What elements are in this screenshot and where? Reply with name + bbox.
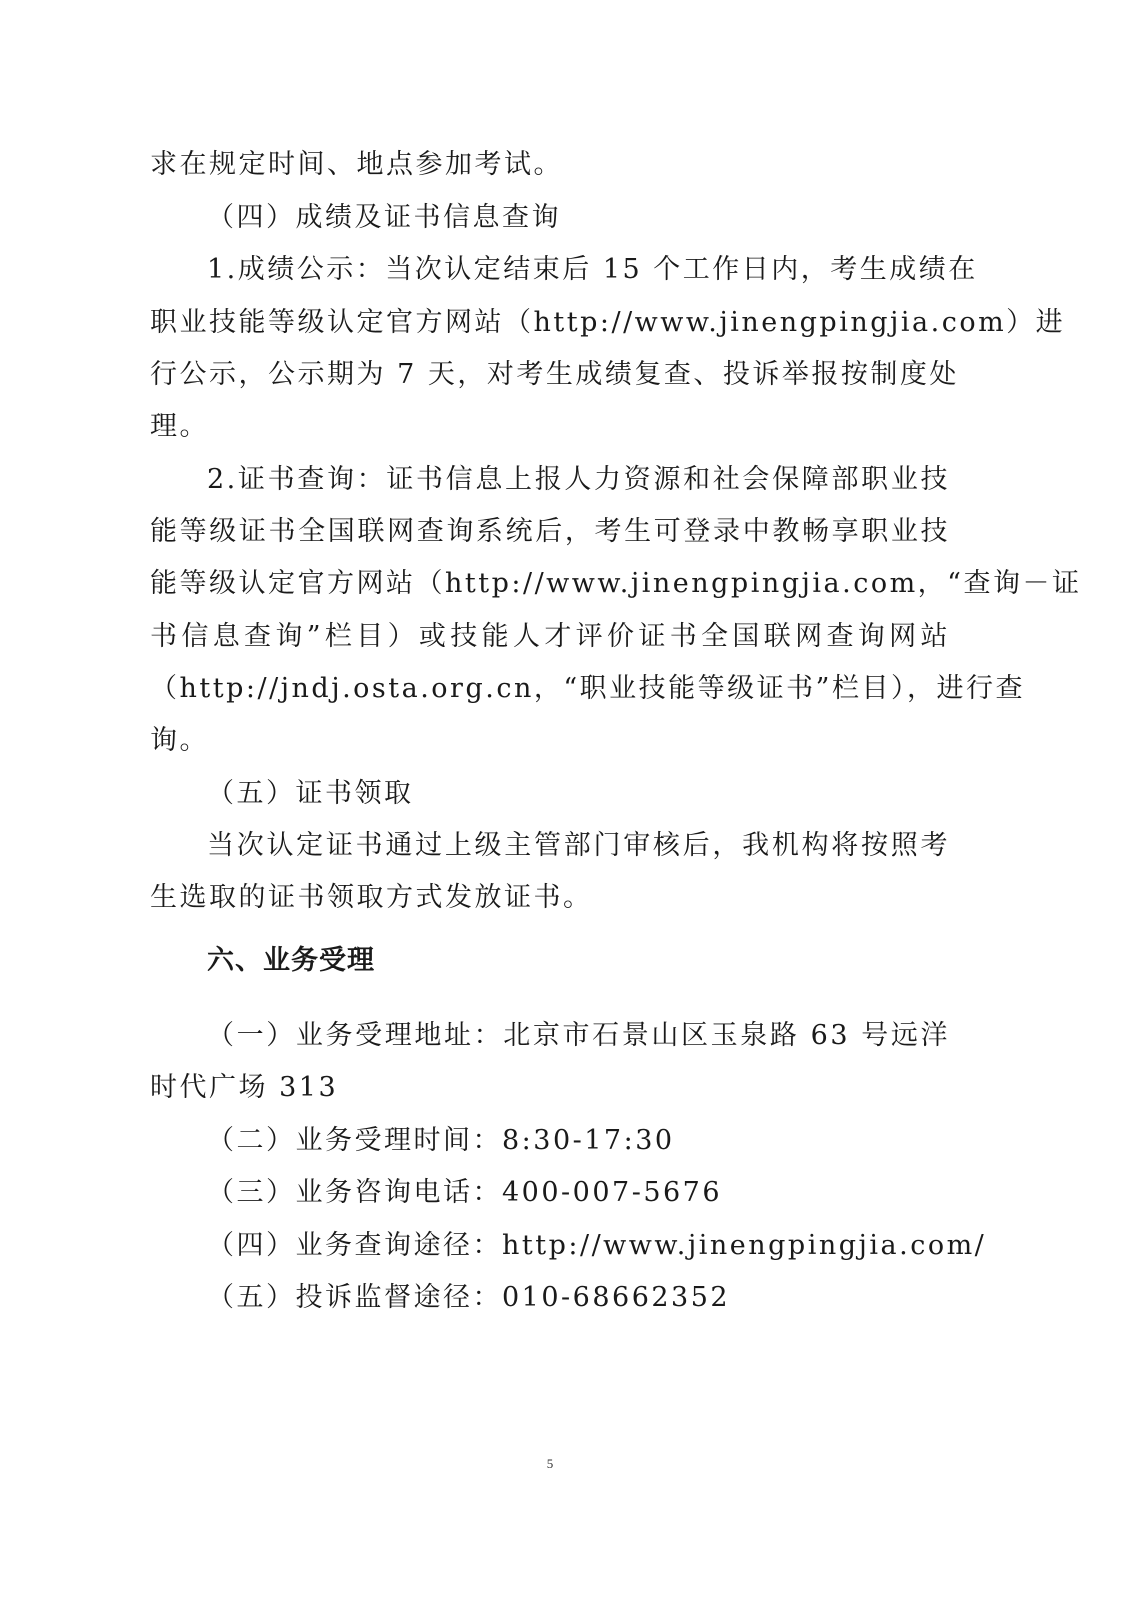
- consultation-phone-line: （三）业务咨询电话：400-007-5676: [207, 1175, 1007, 1211]
- business-hours-line: （二）业务受理时间：8:30-17:30: [207, 1123, 1007, 1159]
- paragraph-line: 行公示，公示期为 7 天，对考生成绩复查、投诉举报按制度处: [150, 357, 950, 393]
- paragraph-line: 生选取的证书领取方式发放证书。: [150, 880, 950, 916]
- business-address-line: （一）业务受理地址：北京市石景山区玉泉路 63 号远洋: [207, 1018, 950, 1054]
- paragraph-line: 1.成绩公示：当次认定结束后 15 个工作日内，考生成绩在: [207, 252, 950, 288]
- chapter-heading-business-handling: 六、业务受理: [207, 943, 1007, 979]
- paragraph-line: 能等级证书全国联网查询系统后，考生可登录中教畅享职业技: [150, 514, 950, 550]
- section-heading-certificate-collection: （五）证书领取: [207, 776, 1007, 812]
- section-heading-score-certificate-query: （四）成绩及证书信息查询: [207, 200, 1007, 236]
- paragraph-line-with-url: 能等级认定官方网站（http://www.jinengpingjia.com，“…: [150, 566, 950, 602]
- paragraph-line: 理。: [150, 409, 950, 445]
- query-channel-line: （四）业务查询途径：http://www.jinengpingjia.com/: [207, 1228, 1007, 1264]
- paragraph-line: 书信息查询”栏目）或技能人才评价证书全国联网查询网站: [150, 619, 950, 655]
- document-page: 求在规定时间、地点参加考试。 （四）成绩及证书信息查询 1.成绩公示：当次认定结…: [0, 0, 1131, 1600]
- paragraph-line: 询。: [150, 723, 950, 759]
- paragraph-line: 求在规定时间、地点参加考试。: [150, 147, 950, 183]
- paragraph-line-with-url: 职业技能等级认定官方网站（http://www.jinengpingjia.co…: [150, 305, 950, 341]
- complaint-channel-line: （五）投诉监督途径：010-68662352: [207, 1280, 1007, 1316]
- paragraph-line: 2.证书查询：证书信息上报人力资源和社会保障部职业技: [207, 462, 950, 498]
- business-address-line-cont: 时代广场 313: [150, 1070, 950, 1106]
- paragraph-line: 当次认定证书通过上级主管部门审核后，我机构将按照考: [207, 828, 950, 864]
- page-number: 5: [0, 1456, 1100, 1472]
- paragraph-line-with-url: （http://jndj.osta.org.cn，“职业技能等级证书”栏目），进…: [150, 671, 950, 707]
